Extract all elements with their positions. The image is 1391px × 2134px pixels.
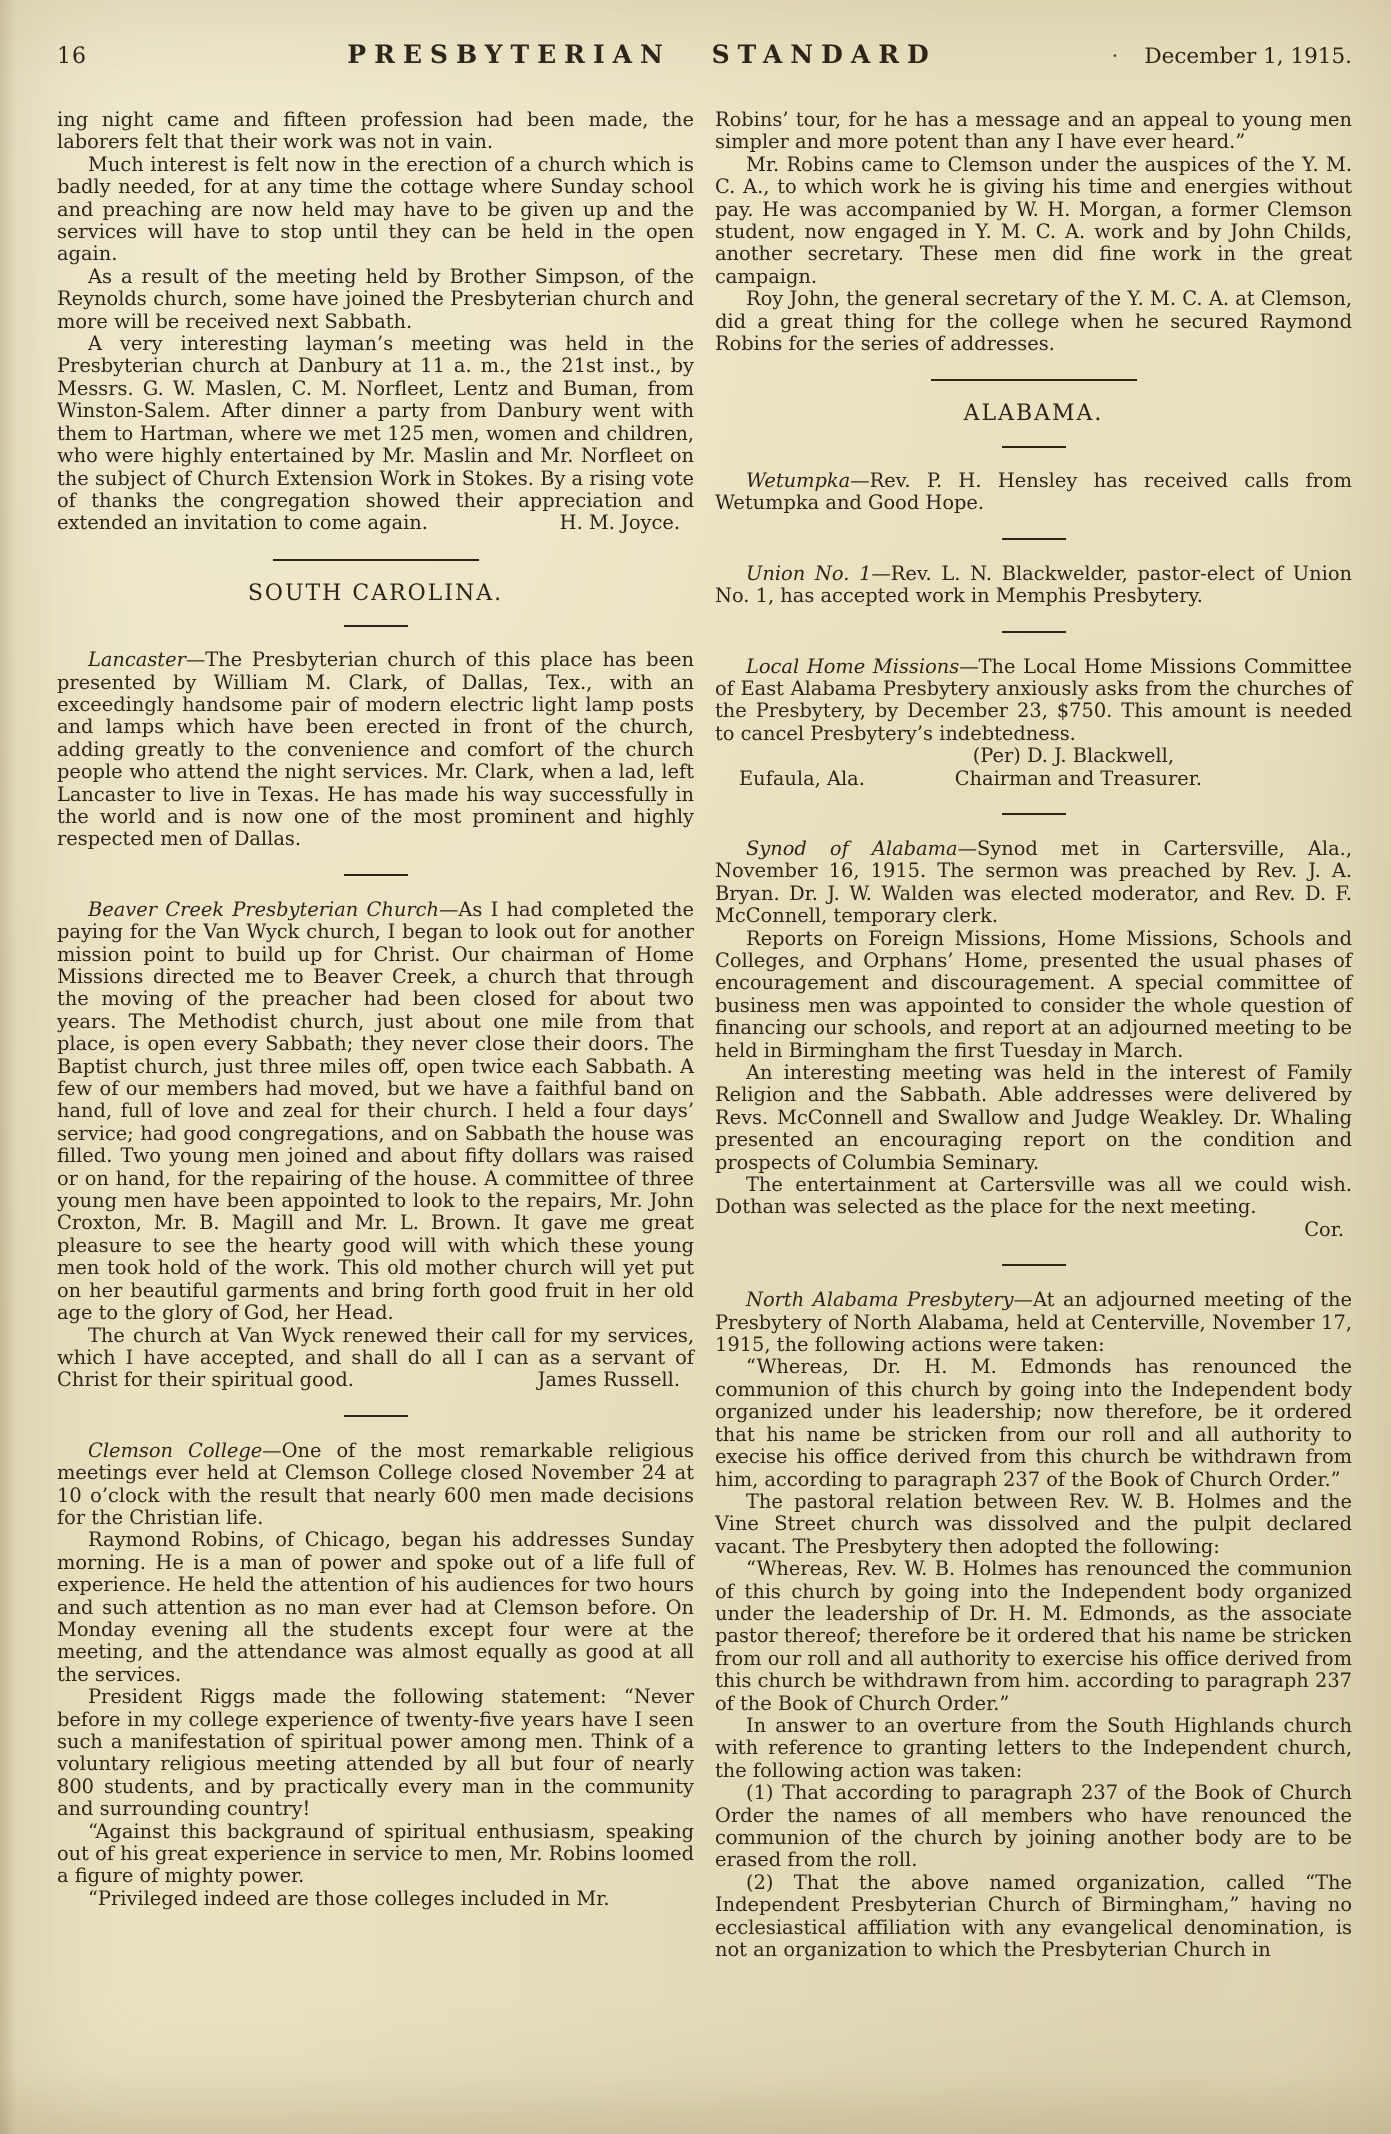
signature: James Russell. bbox=[538, 1369, 680, 1391]
paragraph: Much interest is felt now in the erectio… bbox=[57, 154, 694, 266]
paragraph: “Privileged indeed are those colleges in… bbox=[57, 1888, 694, 1910]
paragraph: (1) That according to paragraph 237 of t… bbox=[715, 1782, 1352, 1872]
italic-lead: North Alabama Presbytery bbox=[746, 1288, 1014, 1311]
magazine-page: 16 PRESBYTERIAN STANDARD ·December 1, 19… bbox=[0, 0, 1391, 1961]
section-heading: SOUTH CAROLINA. bbox=[57, 583, 694, 605]
section-heading: ALABAMA. bbox=[715, 403, 1352, 425]
signature-place: Eufaula, Ala. bbox=[715, 768, 865, 790]
issue-date-wrap: ·December 1, 1915. bbox=[1097, 44, 1352, 69]
journal-title: PRESBYTERIAN STANDARD bbox=[187, 40, 1097, 69]
paragraph: The entertainment at Cartersville was al… bbox=[715, 1174, 1352, 1219]
paragraph: ing night came and fifteen profession ha… bbox=[57, 109, 694, 154]
signature: Cor. bbox=[715, 1219, 1352, 1241]
paragraph: The church at Van Wyck renewed their cal… bbox=[57, 1325, 694, 1392]
section-heading-block: SOUTH CAROLINA. bbox=[57, 559, 694, 627]
rule-divider bbox=[344, 625, 408, 627]
italic-lead: Lancaster bbox=[88, 648, 186, 671]
paragraph: “Whereas, Dr. H. M. Edmonds has renounce… bbox=[715, 1356, 1352, 1490]
column-left: ing night came and fifteen profession ha… bbox=[57, 109, 694, 1961]
signature-block: (Per) D. J. Blackwell, Eufaula, Ala. Cha… bbox=[715, 745, 1352, 790]
paragraph: Robins’ tour, for he has a message and a… bbox=[715, 109, 1352, 154]
page-header: 16 PRESBYTERIAN STANDARD ·December 1, 19… bbox=[57, 40, 1352, 69]
paragraph: Roy John, the general secretary of the Y… bbox=[715, 288, 1352, 355]
signature-name: (Per) D. J. Blackwell, bbox=[715, 745, 1352, 767]
paragraph: Clemson College—One of the most remarkab… bbox=[57, 1440, 694, 1530]
rule-divider bbox=[931, 379, 1137, 381]
paragraph: Wetumpka—Rev. P. H. Hensley has received… bbox=[715, 470, 1352, 515]
rule-divider bbox=[344, 874, 408, 876]
paragraph: Local Home Missions—The Local Home Missi… bbox=[715, 656, 1352, 746]
paragraph: An interesting meeting was held in the i… bbox=[715, 1062, 1352, 1174]
issue-date: December 1, 1915. bbox=[1144, 44, 1352, 69]
paragraph: In answer to an overture from the South … bbox=[715, 1715, 1352, 1782]
italic-lead: Clemson College bbox=[88, 1439, 262, 1462]
paragraph: Reports on Foreign Missions, Home Missio… bbox=[715, 928, 1352, 1062]
section-heading-block: ALABAMA. bbox=[715, 379, 1352, 447]
separator-dot: · bbox=[1112, 44, 1119, 69]
paragraph: President Riggs made the following state… bbox=[57, 1686, 694, 1820]
paragraph: Union No. 1—Rev. L. N. Blackwelder, past… bbox=[715, 563, 1352, 608]
italic-lead: Synod of Alabama bbox=[746, 837, 958, 860]
rule-divider bbox=[1002, 631, 1066, 633]
paragraph: The pastoral relation between Rev. W. B.… bbox=[715, 1491, 1352, 1558]
paragraph: Mr. Robins came to Clemson under the aus… bbox=[715, 154, 1352, 288]
column-right: Robins’ tour, for he has a message and a… bbox=[715, 109, 1352, 1961]
paragraph: As a result of the meeting held by Broth… bbox=[57, 266, 694, 333]
paragraph: North Alabama Presbytery—At an adjourned… bbox=[715, 1289, 1352, 1356]
rule-divider bbox=[1002, 446, 1066, 448]
rule-divider bbox=[344, 1415, 408, 1417]
rule-divider bbox=[1002, 538, 1066, 540]
two-column-body: ing night came and fifteen profession ha… bbox=[57, 109, 1352, 1961]
rule-divider bbox=[273, 559, 479, 561]
paragraph: Lancaster—The Presbyterian church of thi… bbox=[57, 649, 694, 851]
paragraph: (2) That the above named organization, c… bbox=[715, 1872, 1352, 1962]
paragraph: A very interesting layman’s meeting was … bbox=[57, 333, 694, 535]
italic-lead: Wetumpka bbox=[746, 469, 850, 492]
rule-divider bbox=[1002, 813, 1066, 815]
rule-divider bbox=[1002, 1264, 1066, 1266]
italic-lead: Beaver Creek Presbyterian Church bbox=[88, 898, 439, 921]
paragraph: “Whereas, Rev. W. B. Holmes has renounce… bbox=[715, 1558, 1352, 1715]
paragraph: Beaver Creek Presbyterian Church—As I ha… bbox=[57, 899, 694, 1325]
italic-lead: Union No. 1 bbox=[746, 562, 871, 585]
paragraph: Synod of Alabama—Synod met in Cartersvil… bbox=[715, 838, 1352, 928]
signature-title: Chairman and Treasurer. bbox=[955, 768, 1202, 790]
page-number: 16 bbox=[57, 44, 187, 69]
paragraph: “Against this backgraund of spiritual en… bbox=[57, 1821, 694, 1888]
paragraph: Raymond Robins, of Chicago, began his ad… bbox=[57, 1529, 694, 1686]
signature: H. M. Joyce. bbox=[560, 512, 680, 534]
italic-lead: Local Home Missions bbox=[746, 655, 959, 678]
